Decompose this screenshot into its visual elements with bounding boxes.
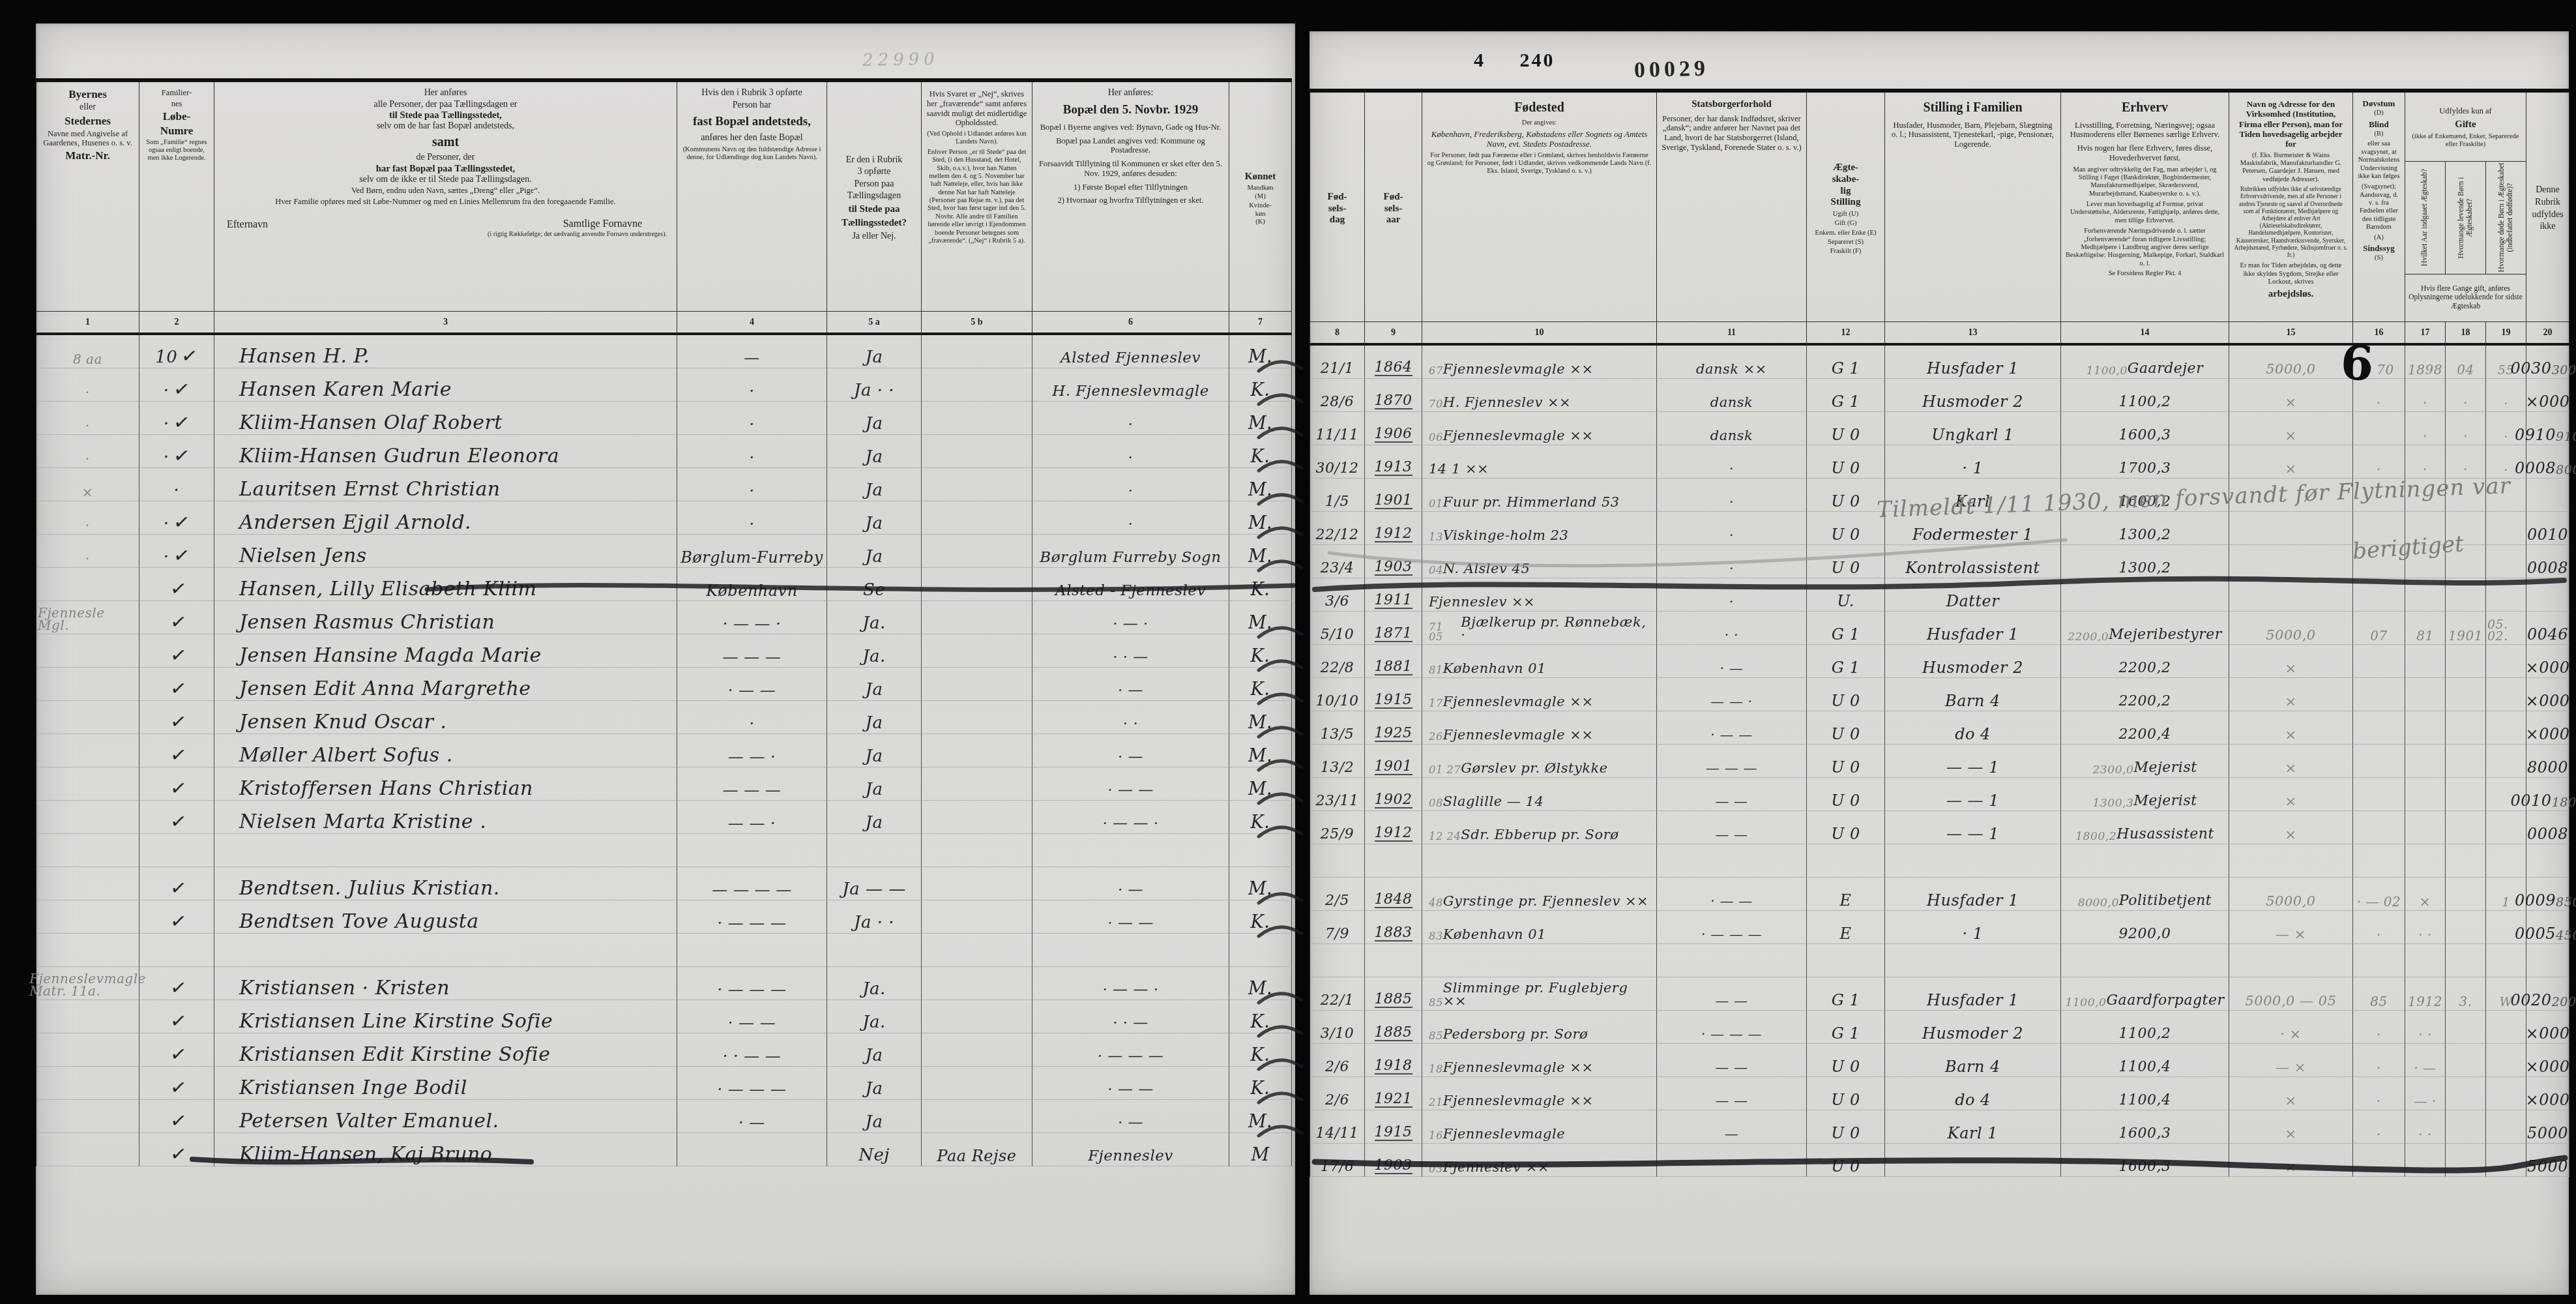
- checkmark-icon: ✓: [169, 579, 188, 600]
- cell-lb-row4: ·✓: [139, 435, 214, 468]
- cell-line: Politibetjent: [2119, 895, 2212, 908]
- header-text: Fraskilt (F): [1811, 248, 1880, 256]
- cell-c7-row23: K.: [1229, 1067, 1292, 1100]
- cell-d13-row25: [1885, 1144, 2061, 1177]
- checkmark-icon: ✓: [169, 878, 188, 899]
- cell-d9-row3: 1906: [1365, 412, 1422, 445]
- cell-c5b-row20: [922, 967, 1032, 1000]
- cell-d13-row22: Barn 4: [1885, 1044, 2061, 1077]
- cell-d9-row11: 1915: [1365, 678, 1422, 711]
- cell-m-row21: [37, 1000, 139, 1033]
- cell-d8-row10: 22/8: [1310, 645, 1365, 678]
- cell-c5a-row9: Ja.: [827, 601, 922, 634]
- cell-c4-row10: — — —: [677, 634, 827, 668]
- cell-line: 71 05: [1429, 622, 1461, 642]
- cell-nm-row15: Nielsen Marta Kristine .: [214, 801, 677, 834]
- header-text: Numre: [144, 125, 209, 138]
- header-text: Statsborgerforhold: [1661, 99, 1802, 111]
- vertical-header-text: Hvilket Aar indgaaet Ægteskab?: [2421, 169, 2429, 266]
- column-header-c10: FødestedDer angives:København, Frederiks…: [1422, 93, 1657, 322]
- cell-d13-row8: Datter: [1885, 578, 2061, 612]
- cell-d10-row16: [1422, 844, 1657, 878]
- cell-c4-row5: ·: [677, 468, 827, 501]
- cell-line: 1100,0: [2065, 998, 2106, 1008]
- cell-d16-row4: ·: [2353, 445, 2405, 479]
- cell-d20-row3: 0910910: [2526, 412, 2569, 445]
- cell-d9-row19: [1365, 944, 1422, 977]
- header-text: Fød- sels- dag: [1315, 192, 1360, 226]
- cell-line: 0005: [2515, 926, 2556, 941]
- cell-nm-row12: Jensen Knud Oscar .: [214, 701, 677, 734]
- year-value: 1915: [1375, 694, 1412, 709]
- column-header-c7: KønnetMandkøn (M)Kvinde- køn (K): [1229, 82, 1292, 312]
- cell-d18-row21: [2446, 1011, 2486, 1044]
- cell-d19-row24: [2486, 1110, 2526, 1144]
- cell-lb-row22: ✓: [139, 1033, 214, 1067]
- cell-d20-row25: 5000: [2526, 1144, 2569, 1177]
- header-text: (Kommunens Navn og den fuldstændige Adre…: [682, 146, 822, 162]
- header-text: Ved Børn, endnu uden Navn, sættes „Dreng…: [219, 186, 672, 196]
- cell-nm-row1: Hansen H. P.: [214, 335, 677, 368]
- vertical-header-text: Hvormange døde Børn i Ægteskabet (indbef…: [2498, 162, 2515, 273]
- cell-d8-row3: 11/11: [1310, 412, 1365, 445]
- cell-c5b-row23: [922, 1067, 1032, 1100]
- cell-d8-row2: 28/6: [1310, 379, 1365, 412]
- cell-line: 08: [1429, 798, 1443, 808]
- cell-d10-row8: Fjenneslev ××: [1422, 578, 1657, 612]
- cell-lb-row24: ✓: [139, 1100, 214, 1133]
- cell-d19-row9: 05. 02.: [2486, 612, 2526, 645]
- cell-line: 0030: [2511, 361, 2552, 376]
- cell-d12-row22: U 0: [1807, 1044, 1885, 1077]
- cell-nm-row19: [214, 934, 677, 967]
- cell-d20-row23: ×000: [2526, 1077, 2569, 1110]
- cell-m-row18: [37, 900, 139, 934]
- cell-d14-row1: 1100,0Gaardejer: [2061, 346, 2229, 379]
- header-text: (B): [2358, 130, 2400, 138]
- cell-m-row3: ·: [37, 402, 139, 435]
- cell-nm-row22: Kristiansen Edit Kirstine Sofie: [214, 1033, 677, 1067]
- cell-d12-row4: U 0: [1807, 445, 1885, 479]
- header-text: Byernes: [41, 88, 134, 101]
- column-number-2: 2: [139, 312, 214, 335]
- header-text: Enkem. eller Enke (E): [1811, 230, 1880, 237]
- column-header-c9: Fød- sels- aar: [1365, 93, 1422, 322]
- cell-c5b-row4: [922, 435, 1032, 468]
- checkmark-icon: ✓: [169, 778, 188, 799]
- cell-c4-row18: · — — —: [677, 900, 827, 934]
- cell-d19-row16: [2486, 844, 2526, 878]
- cell-c6-row10: · · —: [1032, 634, 1229, 668]
- cell-c4-row4: ·: [677, 435, 827, 468]
- census-page-left: 22990 ByernesellerStedernesNavne med Ang…: [36, 23, 1295, 1295]
- cell-c5a-row11: Ja: [827, 668, 922, 701]
- cell-c5b-row13: [922, 734, 1032, 767]
- header-text: Fød- sels- aar: [1369, 192, 1417, 226]
- header-text: (Svagsynet); Aandssvag, d. v. s. fra Fød…: [2358, 183, 2400, 231]
- cell-c6-row14: · — —: [1032, 767, 1229, 801]
- cell-c6-row23: · — —: [1032, 1067, 1229, 1100]
- cell-c7-row20: M.: [1229, 967, 1292, 1000]
- header-text: Person paa: [832, 179, 916, 190]
- cell-d15-row20: 5000,0 — 05: [2229, 977, 2353, 1011]
- cell-line: Fjenneslevmagle ××: [1443, 430, 1594, 443]
- cell-d11-row7: ·: [1657, 545, 1807, 578]
- cell-nm-row25: Kliim-Hansen, Kaj Bruno: [214, 1133, 677, 1166]
- cell-nm-row6: Andersen Ejgil Arnold.: [214, 501, 677, 535]
- cell-line: N. Alslev 45: [1443, 563, 1530, 576]
- cell-line: 06: [1429, 432, 1443, 443]
- cell-lb-row3: ·✓: [139, 402, 214, 435]
- cell-d15-row9: 5000,0: [2229, 612, 2353, 645]
- cell-d12-row25: U 0: [1807, 1144, 1885, 1177]
- cell-d16-row15: [2353, 811, 2405, 844]
- cell-d15-row17: 5000,0: [2229, 878, 2353, 911]
- cell-d10-row10: 81København 01: [1422, 645, 1657, 678]
- checkmark-icon: ✓: [169, 812, 188, 833]
- cell-c4-row2: ·: [677, 368, 827, 402]
- cell-d17-row21: · ·: [2405, 1011, 2446, 1044]
- cell-d12-row10: G 1: [1807, 645, 1885, 678]
- cell-d15-row13: ×: [2229, 745, 2353, 778]
- cell-d8-row19: [1310, 944, 1365, 977]
- cell-d10-row21: 85Pedersborg pr. Sorø: [1422, 1011, 1657, 1044]
- column-number-17: 17: [2405, 322, 2446, 346]
- cell-d10-row20: 85Slimminge pr. Fuglebjerg ××: [1422, 977, 1657, 1011]
- cell-d12-row11: U 0: [1807, 678, 1885, 711]
- header-text: Personer, der har dansk Indfødsret, skri…: [1661, 114, 1802, 153]
- cell-c7-row3: M.: [1229, 402, 1292, 435]
- year-value: 1913: [1375, 461, 1412, 476]
- cell-c7-row25: M: [1229, 1133, 1292, 1166]
- cell-d19-row6: [2486, 512, 2526, 545]
- cell-d12-row5: U 0: [1807, 479, 1885, 512]
- header-text: Tællingsdagen: [832, 191, 916, 202]
- cell-d10-row14: 08Slaglille — 14: [1422, 778, 1657, 811]
- cell-d8-row5: 1/5: [1310, 479, 1365, 512]
- cell-c6-row16: [1032, 834, 1229, 867]
- cell-d10-row18: 83København 01: [1422, 911, 1657, 944]
- cell-d13-row15: — — 1: [1885, 811, 2061, 844]
- cell-line: Slaglille — 14: [1443, 795, 1544, 808]
- cell-line: 1100,0: [2086, 366, 2128, 376]
- cell-c5a-row15: Ja: [827, 801, 922, 834]
- year-value: 1903: [1375, 561, 1412, 576]
- cell-c5a-row22: Ja: [827, 1033, 922, 1067]
- cell-c6-row15: · — — ·: [1032, 801, 1229, 834]
- cell-line: 03: [1429, 1164, 1443, 1174]
- cell-line: 8000,0: [2078, 898, 2119, 908]
- cell-m-row14: [37, 767, 139, 801]
- header-text: selv om de har fast Bopæl andetsteds,: [219, 121, 672, 132]
- cell-line: Pedersborg pr. Sorø: [1443, 1028, 1588, 1041]
- cell-d8-row9: 5/10: [1310, 612, 1365, 645]
- cell-d17-row10: [2405, 645, 2446, 678]
- cell-d9-row1: 1864: [1365, 346, 1422, 379]
- cell-d13-row17: Husfader 1: [1885, 878, 2061, 911]
- cell-d12-row18: E: [1807, 911, 1885, 944]
- header-text: Navne med Angivelse af Gaardenes, Husene…: [41, 129, 134, 149]
- cell-c5b-row24: [922, 1100, 1032, 1133]
- cell-c5b-row10: [922, 634, 1032, 668]
- cell-d11-row5: ·: [1657, 479, 1807, 512]
- cell-d18-row22: [2446, 1044, 2486, 1077]
- cell-line: 0910: [2515, 428, 2556, 443]
- header-text: Der angives:: [1427, 119, 1652, 127]
- cell-d14-row10: 2200,2: [2061, 645, 2229, 678]
- cell-c6-row25: Fjenneslev: [1032, 1133, 1229, 1166]
- checkmark-icon: ✓: [169, 1144, 188, 1165]
- column-number-9: 9: [1365, 322, 1422, 346]
- cell-d10-row24: 16Fjenneslevmagle: [1422, 1110, 1657, 1144]
- cell-d10-row4: 14 1 ××: [1422, 445, 1657, 479]
- cell-c5a-row10: Ja.: [827, 634, 922, 668]
- cell-d15-row6: [2229, 512, 2353, 545]
- cell-d15-row24: ×: [2229, 1110, 2353, 1144]
- cell-c7-row2: K.: [1229, 368, 1292, 402]
- cell-c6-row13: · —: [1032, 734, 1229, 767]
- cell-d12-row2: G 1: [1807, 379, 1885, 412]
- column-number-19: 19: [2486, 322, 2526, 346]
- cell-line: 13: [1429, 532, 1443, 542]
- cell-d17-row9: 81: [2405, 612, 2446, 645]
- cell-c5b-row6: [922, 501, 1032, 535]
- checkmark-icon: ✓: [169, 645, 188, 666]
- header-text: København, Frederiksberg, Købstadens ell…: [1427, 129, 1652, 149]
- cell-d20-row14: 00101800: [2526, 778, 2569, 811]
- header-text: Er man for Tiden arbejdsløs, og dette ik…: [2234, 262, 2348, 286]
- cell-d18-row25: [2446, 1144, 2486, 1177]
- year-value: 1848: [1375, 893, 1412, 908]
- cell-d16-row11: [2353, 678, 2405, 711]
- cell-line: 910: [2556, 431, 2576, 443]
- checkmark-icon: ✓: [172, 512, 191, 533]
- group-header-top: Udfyldes kun afGifte(ikke af Enkemænd, E…: [2405, 93, 2526, 162]
- cell-d13-row16: [1885, 844, 2061, 878]
- year-value: 1903: [1375, 1159, 1412, 1174]
- cell-d17-row4: ·: [2405, 445, 2446, 479]
- cell-d20-row19: [2526, 944, 2569, 977]
- cell-d8-row15: 25/9: [1310, 811, 1365, 844]
- cell-c5a-row12: Ja: [827, 701, 922, 734]
- cell-d12-row15: U 0: [1807, 811, 1885, 844]
- checkmark-icon: ✓: [169, 911, 188, 932]
- cell-c5b-row12: [922, 701, 1032, 734]
- cell-line: 81: [1429, 665, 1443, 675]
- cell-d14-row6: 1300,2: [2061, 512, 2229, 545]
- cell-d19-row21: [2486, 1011, 2526, 1044]
- cell-d12-row14: U 0: [1807, 778, 1885, 811]
- cell-c5b-row25: Paa Rejse: [922, 1133, 1032, 1166]
- cell-c6-row2: H. Fjenneslevmagle: [1032, 368, 1229, 402]
- cell-d10-row1: 67Fjenneslevmagle ××: [1422, 346, 1657, 379]
- column-header-c1: ByernesellerStedernesNavne med Angivelse…: [37, 82, 139, 312]
- cell-c6-row4: ·: [1032, 435, 1229, 468]
- cell-c5b-row9: [922, 601, 1032, 634]
- cell-c5a-row21: Ja.: [827, 1000, 922, 1033]
- cell-d16-row25: [2353, 1144, 2405, 1177]
- cell-d12-row13: U 0: [1807, 745, 1885, 778]
- cell-d16-row24: ·: [2353, 1110, 2405, 1144]
- cell-d18-row18: [2446, 911, 2486, 944]
- cell-d15-row14: ×: [2229, 778, 2353, 811]
- column-number-8: 8: [1310, 322, 1365, 346]
- header-text: Ægte- skabe- lig Stilling: [1811, 162, 1880, 209]
- cell-c4-row15: — — ·: [677, 801, 827, 834]
- column-header-c4: Hvis den i Rubrik 3 opførtePerson harfas…: [677, 82, 827, 312]
- cell-d11-row18: · — — —: [1657, 911, 1807, 944]
- cell-d10-row3: 06Fjenneslevmagle ××: [1422, 412, 1657, 445]
- cell-c7-row5: M.: [1229, 468, 1292, 501]
- cell-d19-row19: [2486, 944, 2526, 977]
- cell-lb-row23: ✓: [139, 1067, 214, 1100]
- cell-line: Husassistent: [2116, 828, 2214, 842]
- checkmark-icon: ✓: [172, 413, 191, 434]
- cell-d12-row17: E: [1807, 878, 1885, 911]
- cell-c5b-row7: [922, 535, 1032, 568]
- cell-line: 1300,3: [2092, 798, 2133, 808]
- header-text: alle Personer, der paa Tællingsdagen er: [219, 100, 672, 111]
- header-text: Person har: [682, 100, 822, 111]
- checkmark-icon: ✓: [172, 379, 191, 400]
- cell-c6-row17: · —: [1032, 867, 1229, 900]
- cell-line: 2200,0: [2068, 632, 2109, 642]
- cell-d17-row20: 1912: [2405, 977, 2446, 1011]
- cell-d9-row2: 1870: [1365, 379, 1422, 412]
- cell-line: Bjælkerup pr. Rønnebæk, ·: [1461, 616, 1655, 642]
- year-value: 1902: [1375, 793, 1412, 808]
- cell-d9-row7: 1903: [1365, 545, 1422, 578]
- cell-d19-row25: [2486, 1144, 2526, 1177]
- cell-d17-row24: · ·: [2405, 1110, 2446, 1144]
- cell-d11-row12: · — —: [1657, 711, 1807, 745]
- cell-d19-row23: [2486, 1077, 2526, 1110]
- column-number-1: 1: [37, 312, 139, 335]
- cell-d13-row18: · 1: [1885, 911, 2061, 944]
- census-table-left: ByernesellerStedernesNavne med Angivelse…: [36, 78, 1292, 1166]
- cell-nm-row5: Lauritsen Ernst Christian: [214, 468, 677, 501]
- header-text: til Stede paa Tællingsstedet,: [219, 110, 672, 121]
- header-text: Se Forsidens Regler Pkt. 4: [2066, 270, 2224, 278]
- cell-c4-row16: [677, 834, 827, 867]
- cell-m-row17: [37, 867, 139, 900]
- cell-c5a-row13: Ja: [827, 734, 922, 767]
- year-value: 1911: [1375, 594, 1412, 609]
- cell-m-row13: [37, 734, 139, 767]
- header-text: Gifte: [2409, 119, 2522, 131]
- cell-c5a-row5: Ja: [827, 468, 922, 501]
- cell-d8-row20: 22/1: [1310, 977, 1365, 1011]
- cell-nm-row17: Bendtsen. Julius Kristian.: [214, 867, 677, 900]
- header-text: Stilling i Familien: [1890, 100, 2056, 116]
- cell-c5a-row6: Ja: [827, 501, 922, 535]
- cell-d10-row11: 17Fjenneslevmagle ××: [1422, 678, 1657, 711]
- header-text: nes: [144, 99, 209, 109]
- cell-d9-row10: 1881: [1365, 645, 1422, 678]
- cell-m-row22: [37, 1033, 139, 1067]
- cell-d15-row2: ×: [2229, 379, 2353, 412]
- cell-d10-row5: 01Fuur pr. Himmerland 53: [1422, 479, 1657, 512]
- column-header-c20: DenneRubrikudfyldesikke: [2526, 93, 2569, 322]
- cell-d16-row17: · — 02: [2353, 878, 2405, 911]
- cell-line: Fjenneslevmagle ××: [1443, 696, 1594, 709]
- year-value: 1885: [1375, 1026, 1412, 1041]
- cell-c6-row6: ·: [1032, 501, 1229, 535]
- cell-d14-row15: 1800,2Husassistent: [2061, 811, 2229, 844]
- cell-d17-row18: · ·: [2405, 911, 2446, 944]
- cell-line: Gaardforpagter: [2107, 994, 2225, 1008]
- cell-d17-row2: ·: [2405, 379, 2446, 412]
- cell-d18-row8: [2446, 578, 2486, 612]
- cell-c4-row1: —: [677, 335, 827, 368]
- cell-d8-row16: [1310, 844, 1365, 878]
- cell-d14-row24: 1600,3: [2061, 1110, 2229, 1144]
- cell-c6-row9: · — ·: [1032, 601, 1229, 634]
- cell-d9-row23: 1921: [1365, 1077, 1422, 1110]
- cell-m-row15: [37, 801, 139, 834]
- cell-d9-row16: [1365, 844, 1422, 878]
- cell-lb-row15: ✓: [139, 801, 214, 834]
- cell-d11-row1: dansk ××: [1657, 346, 1807, 379]
- cell-d14-row18: 9200,0: [2061, 911, 2229, 944]
- column-group-header-17-19: Udfyldes kun afGifte(ikke af Enkemænd, E…: [2405, 93, 2526, 322]
- year-value: 1912: [1375, 827, 1412, 842]
- cell-line: 26: [1429, 732, 1443, 742]
- cell-d19-row22: [2486, 1044, 2526, 1077]
- cell-line: 17: [1429, 698, 1443, 709]
- cell-c7-row9: M.: [1229, 601, 1292, 634]
- cell-c4-row6: ·: [677, 501, 827, 535]
- checkmark-icon: ✓: [169, 745, 188, 766]
- header-text: samt: [219, 135, 672, 151]
- cell-line: Fjenneslev ××: [1443, 1161, 1549, 1174]
- cell-d10-row23: 21Fjenneslevmagle ××: [1422, 1077, 1657, 1110]
- cell-d18-row13: [2446, 745, 2486, 778]
- cell-m-row16: [37, 834, 139, 867]
- cell-d18-row2: ·: [2446, 379, 2486, 412]
- cell-d15-row10: ×: [2229, 645, 2353, 678]
- cell-c5a-row4: Ja: [827, 435, 922, 468]
- year-value: 1918: [1375, 1059, 1412, 1074]
- page-code-stamp: 4 240: [1474, 50, 1555, 72]
- cell-line: Mejerist: [2133, 762, 2197, 775]
- cell-c4-row12: ·: [677, 701, 827, 734]
- cell-m-row12: [37, 701, 139, 734]
- cell-nm-row10: Jensen Hansine Magda Marie: [214, 634, 677, 668]
- header-text: Hver Familie opføres med sit Løbe-Nummer…: [219, 197, 672, 207]
- cell-d15-row7: [2229, 545, 2353, 578]
- cell-m-row9: Fjennesle Mgl.: [37, 601, 139, 634]
- cell-d15-row1: 5000,0: [2229, 346, 2353, 379]
- checkmark-icon: ✓: [172, 546, 191, 567]
- cell-c7-row6: M.: [1229, 501, 1292, 535]
- cell-d8-row17: 2/5: [1310, 878, 1365, 911]
- cell-d10-row22: 18Fjenneslevmagle ××: [1422, 1044, 1657, 1077]
- header-text: (i rigtig Rækkefølge; det sædvanlig anve…: [219, 231, 672, 239]
- header-text: Her anføres: [219, 88, 672, 99]
- cell-d16-row21: ·: [2353, 1011, 2405, 1044]
- cell-d13-row21: Husmoder 2: [1885, 1011, 2061, 1044]
- cell-d16-row12: [2353, 711, 2405, 745]
- cell-d15-row11: ×: [2229, 678, 2353, 711]
- cell-line: 85: [1429, 998, 1443, 1008]
- cell-d20-row21: ×000: [2526, 1011, 2569, 1044]
- cell-c5a-row18: Ja · ·: [827, 900, 922, 934]
- cell-line: 01: [1429, 499, 1443, 509]
- census-table-right: Fød- sels- dagFød- sels- aarFødestedDer …: [1310, 89, 2569, 1177]
- cell-d18-row16: [2446, 844, 2486, 878]
- cell-c5a-row16: [827, 834, 922, 867]
